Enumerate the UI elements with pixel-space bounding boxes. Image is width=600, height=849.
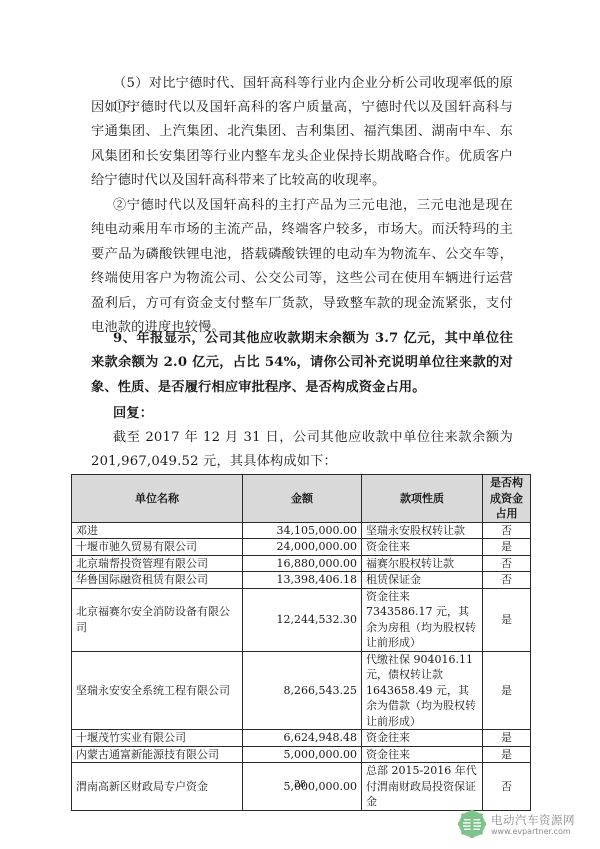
cell-nature: 资金往来 — [362, 539, 483, 556]
reply-label: 回复： — [91, 402, 513, 426]
cell-occupied: 否 — [483, 522, 531, 539]
watermark-site-name: 电动汽车资源网 — [491, 812, 575, 828]
cell-occupied: 是 — [483, 539, 531, 556]
table-row: 坚瑞永安安全系统工程有限公司 8,266,543.25 代缴社保 904016.… — [72, 651, 531, 730]
table-row: 十堰茂竹实业有限公司 6,624,948.48 资金往来 是 — [72, 730, 531, 747]
header-unit-name: 单位名称 — [72, 475, 243, 523]
cell-occupied: 是 — [483, 588, 531, 651]
cell-amount: 24,000,000.00 — [243, 539, 362, 556]
table-row: 十堰市驰久贸易有限公司 24,000,000.00 资金往来 是 — [72, 539, 531, 556]
watermark-url: www.evpartner.com — [491, 827, 571, 836]
cell-amount: 16,880,000.00 — [243, 555, 362, 572]
cell-nature: 资金往来 7343586.17 元，其余为房租（均为股权转让前形成） — [362, 588, 483, 651]
cell-name: 十堰市驰久贸易有限公司 — [72, 539, 243, 556]
watermark: 电动汽车资源网 www.evpartner.com — [458, 810, 598, 842]
cell-nature: 资金往来 — [362, 746, 483, 763]
cell-name: 华鲁国际融资租赁有限公司 — [72, 572, 243, 589]
cell-amount: 6,624,948.48 — [243, 730, 362, 747]
table-header-row: 单位名称 金额 款项性质 是否构成资金占用 — [72, 475, 531, 523]
cell-nature: 坚瑞永安股权转让款 — [362, 522, 483, 539]
page-number: 28 — [0, 780, 600, 790]
cell-name: 北京福赛尔安全消防设备有限公司 — [72, 588, 243, 651]
table-row: 内蒙古通富新能源技有限公司 5,000,000.00 资金往来 是 — [72, 746, 531, 763]
cell-amount: 13,398,406.18 — [243, 572, 362, 589]
header-amount: 金额 — [243, 475, 362, 523]
cell-amount: 12,244,532.30 — [243, 588, 362, 651]
cell-amount: 34,105,000.00 — [243, 522, 362, 539]
cell-occupied: 否 — [483, 572, 531, 589]
cell-occupied: 否 — [483, 555, 531, 572]
cell-amount: 8,266,543.25 — [243, 651, 362, 730]
table-row: 邓进 34,105,000.00 坚瑞永安股权转让款 否 — [72, 522, 531, 539]
cell-nature: 福赛尔股权转让款 — [362, 555, 483, 572]
cell-name: 邓进 — [72, 522, 243, 539]
header-nature: 款项性质 — [362, 475, 483, 523]
question-9: 9、年报显示，公司其他应收款期末余额为 3.7 亿元，其中单位往来款余额为 2.… — [91, 327, 513, 400]
cell-name: 坚瑞永安安全系统工程有限公司 — [72, 651, 243, 730]
paragraph-reason-1: ①宁德时代以及国轩高科的客户质量高，宁德时代以及国轩高科与宇通集团、上汽集团、北… — [91, 96, 513, 194]
document-page: （5）对比宁德时代、国轩高科等行业内企业分析公司收现率低的原因如下： ①宁德时代… — [0, 0, 600, 849]
cell-name: 内蒙古通富新能源技有限公司 — [72, 746, 243, 763]
cell-amount: 5,000,000.00 — [243, 746, 362, 763]
header-fund-occupation: 是否构成资金占用 — [483, 475, 531, 523]
table-row: 北京瑞帮投资管理有限公司 16,880,000.00 福赛尔股权转让款 否 — [72, 555, 531, 572]
receivables-table: 单位名称 金额 款项性质 是否构成资金占用 邓进 34,105,000.00 坚… — [71, 474, 531, 811]
cell-occupied: 是 — [483, 651, 531, 730]
table-row: 华鲁国际融资租赁有限公司 13,398,406.18 租赁保证金 否 — [72, 572, 531, 589]
cell-name: 北京瑞帮投资管理有限公司 — [72, 555, 243, 572]
cell-occupied: 是 — [483, 730, 531, 747]
cell-nature: 资金往来 — [362, 730, 483, 747]
cell-nature: 代缴社保 904016.11 元，债权转让款 1643658.49 元，其余为借… — [362, 651, 483, 730]
reply-intro: 截至 2017 年 12 月 31 日，公司其他应收款中单位往来款余额为 201… — [91, 426, 513, 475]
evpartner-logo-icon — [458, 810, 486, 838]
table-row: 北京福赛尔安全消防设备有限公司 12,244,532.30 资金往来 73435… — [72, 588, 531, 651]
cell-occupied: 是 — [483, 746, 531, 763]
cell-name: 十堰茂竹实业有限公司 — [72, 730, 243, 747]
paragraph-reason-2: ②宁德时代以及国轩高科的主打产品为三元电池，三元电池是现在纯电动乘用车市场的主流… — [91, 194, 513, 340]
cell-nature: 租赁保证金 — [362, 572, 483, 589]
